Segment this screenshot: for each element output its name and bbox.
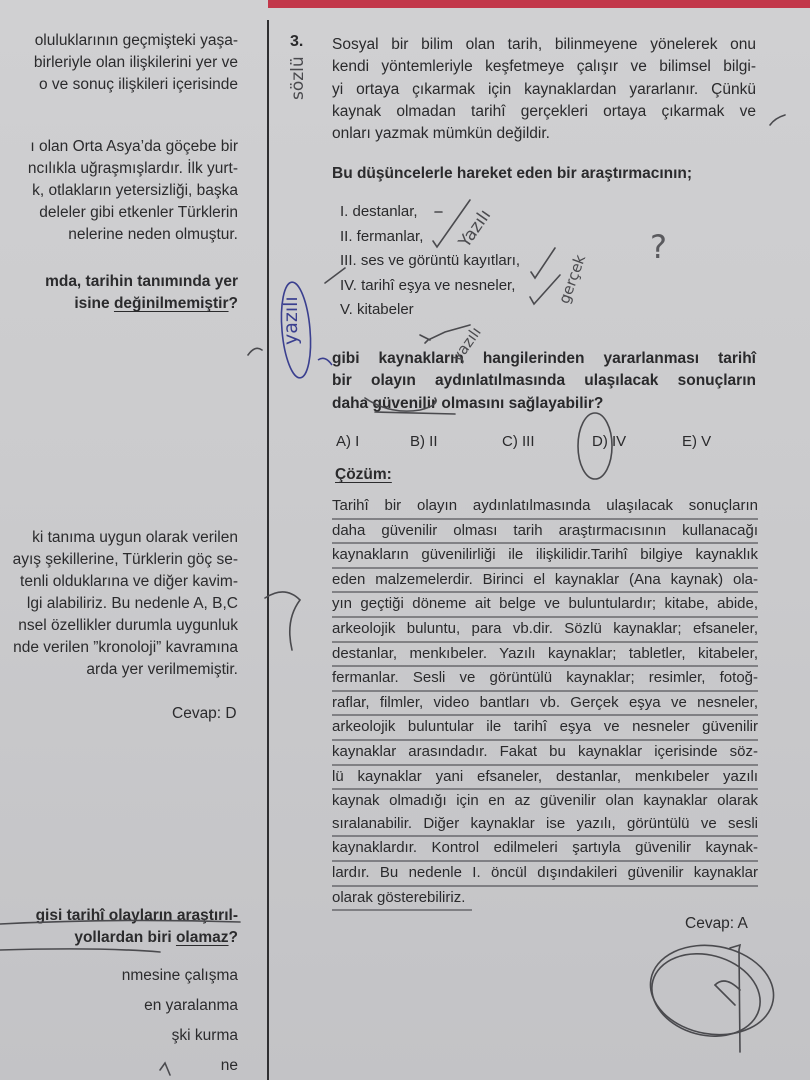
question-line: daha güvenilir olmasını sağlayabilir?	[332, 393, 756, 415]
premise-item: II. fermanlar,	[340, 225, 520, 250]
underlined-word: olamaz	[176, 929, 229, 946]
left-next-question: gisi tarihî olayların araştırıl- yollard…	[0, 905, 238, 949]
question-text: gibi kaynakların hangilerinden yararlanm…	[332, 348, 756, 415]
text-line: deleler gibi etkenler Türklerin	[0, 202, 238, 224]
underlined-word: değinilmemiştir	[114, 295, 229, 312]
option-text: şki kurma	[0, 1021, 238, 1051]
premise-item: IV. tarihî eşya ve nesneler,	[340, 274, 520, 299]
question-mark: ?	[229, 295, 238, 312]
option-e[interactable]: E) V	[682, 433, 711, 450]
question-line: isine değinilmemiştir?	[0, 293, 238, 315]
handwritten-yazili-margin: yazılı	[280, 296, 302, 345]
left-paragraph-1: oluluklarının geçmişteki yaşa- birleriyl…	[0, 30, 238, 96]
solution-line: arkeolojik buluntular ile tarihî eşya ve…	[332, 716, 758, 741]
text-line: ncılıkla uğraşmışlardır. İlk yurt-	[0, 158, 238, 180]
stem-line: kendi yöntemleriyle keşfetmeye çalışır v…	[332, 56, 756, 78]
left-question: mda, tarihin tanımında yer isine değinil…	[0, 271, 238, 315]
solution-line: daha güvenilir olması tarih araştırmacıs…	[332, 520, 758, 545]
question-text: yollardan biri	[74, 929, 176, 946]
stem-line: kaynak olmadan tarihî gerçekleri ortaya …	[332, 101, 756, 123]
left-next-options: nmesine çalışma en yaralanma şki kurma n…	[0, 961, 238, 1080]
text-line: o ve sonuç ilişkileri içerisinde	[0, 74, 238, 96]
handwritten-sozlu: sözlü	[288, 56, 308, 100]
question-line: bir olayın aydınlatılmasında ulaşılacak …	[332, 370, 756, 392]
left-explanation: ki tanıma uygun olarak verilen ayış şeki…	[0, 527, 238, 681]
solution-line: sıralanabilir. Diğer kaynaklar ise yazıl…	[332, 813, 758, 838]
text-line: nelerine neden olmuştur.	[0, 224, 238, 246]
solution-line: lardır. Bu nedenle I. öncül dışındakiler…	[332, 862, 758, 887]
question-stem: Sosyal bir bilim olan tarih, bilinmeyene…	[332, 34, 756, 145]
solution-line: fermanlar. Sesli ve görüntülü kaynaklar;…	[332, 667, 758, 692]
option-b[interactable]: B) II	[410, 433, 438, 450]
solution-line: yın geçtiği döneme ait belge ve buluntul…	[332, 593, 758, 618]
stem-line: Sosyal bir bilim olan tarih, bilinmeyene…	[332, 34, 756, 56]
question-line: mda, tarihin tanımında yer	[0, 271, 238, 293]
question-prompt: Bu düşüncelerle hareket eden bir araştır…	[332, 163, 692, 185]
solution-line: Tarihî bir olayın aydınlatılmasında ulaş…	[332, 495, 758, 520]
question-line: gibi kaynakların hangilerinden yararlanm…	[332, 348, 756, 370]
option-text: nmesine çalışma	[0, 961, 238, 991]
right-answer: Cevap: A	[685, 913, 748, 935]
solution-line: destanlar, menkıbeler. Yazılı kaynaklar;…	[332, 643, 758, 668]
text-line: nde verilen ”kronoloji” kavramına	[0, 637, 238, 659]
stem-line: yi ortaya çıkarmak için kaynaklardan yar…	[332, 79, 756, 101]
handwritten-question-mark: ?	[650, 228, 667, 266]
text-line: nsel özellikler durumla uygunluk	[0, 615, 238, 637]
handwritten-gercek: gerçek	[555, 252, 589, 306]
text-line: birleriyle olan ilişkilerini yer ve	[0, 52, 238, 74]
solution-line: raflar, filmler, video bantları vb. Gerç…	[332, 692, 758, 717]
left-paragraph-2: ı olan Orta Asya’da göçebe bir ncılıkla …	[0, 136, 238, 246]
solution-line: arkeolojik buluntu, para vb.dir. Sözlü k…	[332, 618, 758, 643]
question-text: isine	[74, 295, 114, 312]
text-line: ki tanıma uygun olarak verilen	[0, 527, 238, 549]
left-answer: Cevap: D	[172, 703, 237, 725]
text-line: oluluklarının geçmişteki yaşa-	[0, 30, 238, 52]
solution-line: kaynaklar arasındadır. Fakat bu kaynakla…	[332, 741, 758, 766]
solution-line: kaynakların güvenilirliği ile ilişkilidi…	[332, 544, 758, 569]
premise-item: V. kitabeler	[340, 298, 520, 323]
solution-text: Tarihî bir olayın aydınlatılmasında ulaş…	[332, 495, 758, 911]
option-a[interactable]: A) I	[336, 433, 359, 450]
text-line: k, otlakların yetersizliği, başka	[0, 180, 238, 202]
question-line: gisi tarihî olayların araştırıl-	[0, 905, 238, 927]
option-text: en yaralanma	[0, 991, 238, 1021]
text-line: ı olan Orta Asya’da göçebe bir	[0, 136, 238, 158]
option-d[interactable]: D) IV	[592, 433, 626, 450]
solution-line: kaynaklardır. Kontrol edilmeleri şartıyl…	[332, 837, 758, 862]
column-divider	[267, 20, 269, 1080]
option-c[interactable]: C) III	[502, 433, 535, 450]
text-line: lgi alabiliriz. Bu nedenle A, B,C	[0, 593, 238, 615]
solution-line: kaynak olmadığı için en az güvenilir ola…	[332, 790, 758, 813]
text-line: tenli olduklarına ve diğer kavim-	[0, 571, 238, 593]
solution-line: olarak gösterebiliriz.	[332, 887, 472, 912]
header-color-band	[268, 0, 810, 8]
textbook-page: oluluklarının geçmişteki yaşa- birleriyl…	[0, 0, 810, 1080]
solution-line: eden malzemelerdir. Birinci el kaynaklar…	[332, 569, 758, 594]
text-line: arda yer verilmemiştir.	[0, 659, 238, 681]
option-text: ne	[0, 1051, 238, 1080]
question-number: 3.	[290, 33, 303, 51]
premise-item: III. ses ve görüntü kayıtları,	[340, 249, 520, 274]
solution-label: Çözüm:	[335, 464, 392, 486]
question-mark: ?	[229, 929, 238, 946]
stem-line: onları yazmak mümkün değildir.	[332, 123, 756, 145]
premise-item: I. destanlar,	[340, 200, 520, 225]
text-line: ayış şekillerine, Türklerin göç se-	[0, 549, 238, 571]
question-line: yollardan biri olamaz?	[0, 927, 238, 949]
solution-line: lü kaynaklar yani efsaneler, destanlar, …	[332, 766, 758, 791]
